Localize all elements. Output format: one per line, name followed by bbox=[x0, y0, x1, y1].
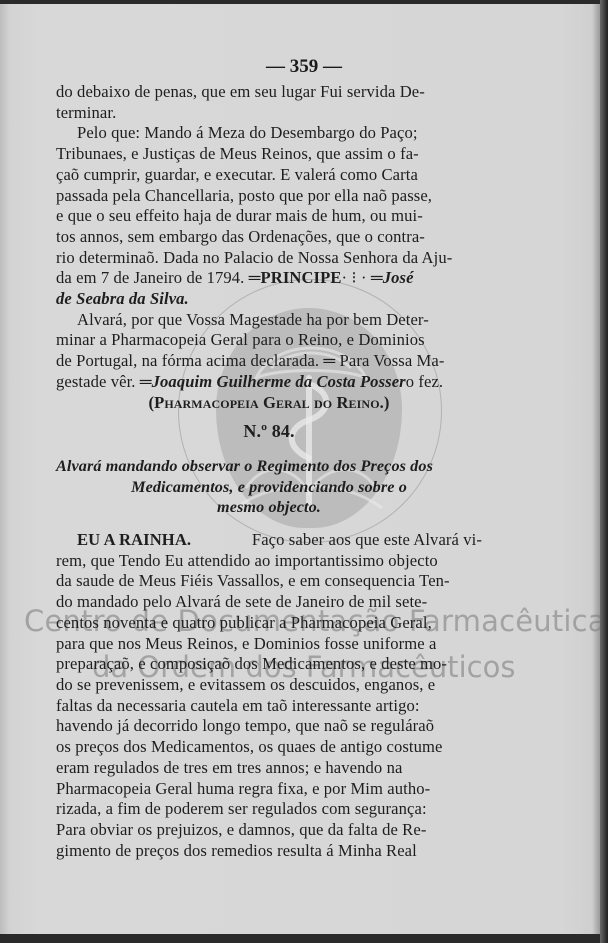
text-line: rio determinaõ. Dada no Palacio de Nossa… bbox=[56, 248, 452, 269]
text-line: Pharmacopeia Geral huma regra fixa, e po… bbox=[56, 779, 430, 800]
source-citation: (Pharmacopeia Geral do Reino.) bbox=[148, 393, 389, 414]
text-line: rizada, a fim de poderem ser regulados c… bbox=[56, 799, 427, 820]
page-body: do debaixo de penas, que em seu lugar Fu… bbox=[56, 82, 482, 861]
signature-posser: Joaquim Guilherme da Costa Posser bbox=[152, 372, 406, 393]
text-line: o fez. bbox=[406, 372, 443, 393]
section-title-line: Medicamentos, e providenciando sobre o bbox=[131, 477, 407, 498]
text-line: minar a Pharmacopeia Geral para o Reino,… bbox=[56, 330, 425, 351]
text-line: Tribunaes, e Justiças de Meus Reinos, qu… bbox=[56, 144, 419, 165]
text-line: faltas da necessaria cautela em taõ inte… bbox=[56, 696, 420, 717]
signature-principe: PRINCIPE bbox=[261, 268, 342, 289]
text-line: çaõ cumprir, guardar, e executar. E vale… bbox=[56, 165, 418, 186]
signature-name: de Seabra da Silva. bbox=[56, 289, 189, 310]
text-line: havendo já decorrido longo tempo, que na… bbox=[56, 716, 434, 737]
page-number: — 359 — bbox=[0, 56, 600, 78]
section-title-line: Alvará mandando observar o Regimento dos… bbox=[56, 456, 433, 477]
text-line: da saude de Meus Fiéis Vassallos, e em c… bbox=[56, 571, 450, 592]
section-title-line: mesmo objecto. bbox=[217, 497, 321, 518]
page-edge bbox=[600, 0, 608, 943]
text-line: do debaixo de penas, que em seu lugar Fu… bbox=[56, 82, 425, 103]
paragraph-4: EU A RAINHA. Faço saber aos que este Alv… bbox=[56, 530, 482, 861]
paragraph-3: Alvará, por que Vossa Magestade ha por b… bbox=[56, 310, 482, 414]
paragraph-1: do debaixo de penas, que em seu lugar Fu… bbox=[56, 82, 482, 123]
text-line: rem, que Tendo Eu attendido ao important… bbox=[56, 551, 438, 572]
text-line: e que o seu effeito haja de durar mais d… bbox=[56, 206, 423, 227]
text-line: preparaçaõ, e composiçaõ dos Medicamento… bbox=[56, 654, 447, 675]
section-number: N.º 84. bbox=[243, 421, 294, 442]
text-line: terminar. bbox=[56, 103, 116, 124]
book-page: Centro de Documentação Farmacêutica da O… bbox=[0, 4, 600, 934]
text-line: Para obviar os prejuizos, e damnos, que … bbox=[56, 820, 426, 841]
text-line: de Portugal, na fórma acima declarada. ═… bbox=[56, 351, 444, 372]
text-line: Alvará, por que Vossa Magestade ha por b… bbox=[77, 310, 429, 331]
text-line: Faço saber aos que este Alvará vi- bbox=[252, 530, 482, 551]
text-line: passada pela Chancellaria, posto que por… bbox=[56, 186, 432, 207]
text-line: Pelo que: Mando á Meza do Desembargo do … bbox=[77, 123, 418, 144]
signature-jose: José bbox=[383, 268, 414, 289]
text-line: para que nos Meus Reinos, e Dominios fos… bbox=[56, 634, 436, 655]
section-title: Alvará mandando observar o Regimento dos… bbox=[56, 456, 482, 518]
decree-opening: EU A RAINHA. bbox=[77, 530, 191, 551]
text-line: centos noventa e quatro publicar a Pharm… bbox=[56, 613, 432, 634]
text-line: gimento de preços dos remedios resulta á… bbox=[56, 841, 417, 862]
text-line: do se prevenissem, e evitassem os descui… bbox=[56, 675, 435, 696]
text-line: gestade vêr. ═ bbox=[56, 372, 152, 393]
text-line: · ⁝ · ═ bbox=[342, 268, 383, 289]
text-line: do mandado pelo Alvará de sete de Janeir… bbox=[56, 592, 427, 613]
text-line: os preços dos Medicamentos, os quaes de … bbox=[56, 737, 443, 758]
text-line: eram regulados de tres em tres annos; e … bbox=[56, 758, 402, 779]
text-line: da em 7 de Janeiro de 1794. ═ bbox=[56, 268, 261, 289]
paragraph-2: Pelo que: Mando á Meza do Desembargo do … bbox=[56, 123, 482, 309]
text-line: tos annos, sem embargo das Ordenações, q… bbox=[56, 227, 425, 248]
